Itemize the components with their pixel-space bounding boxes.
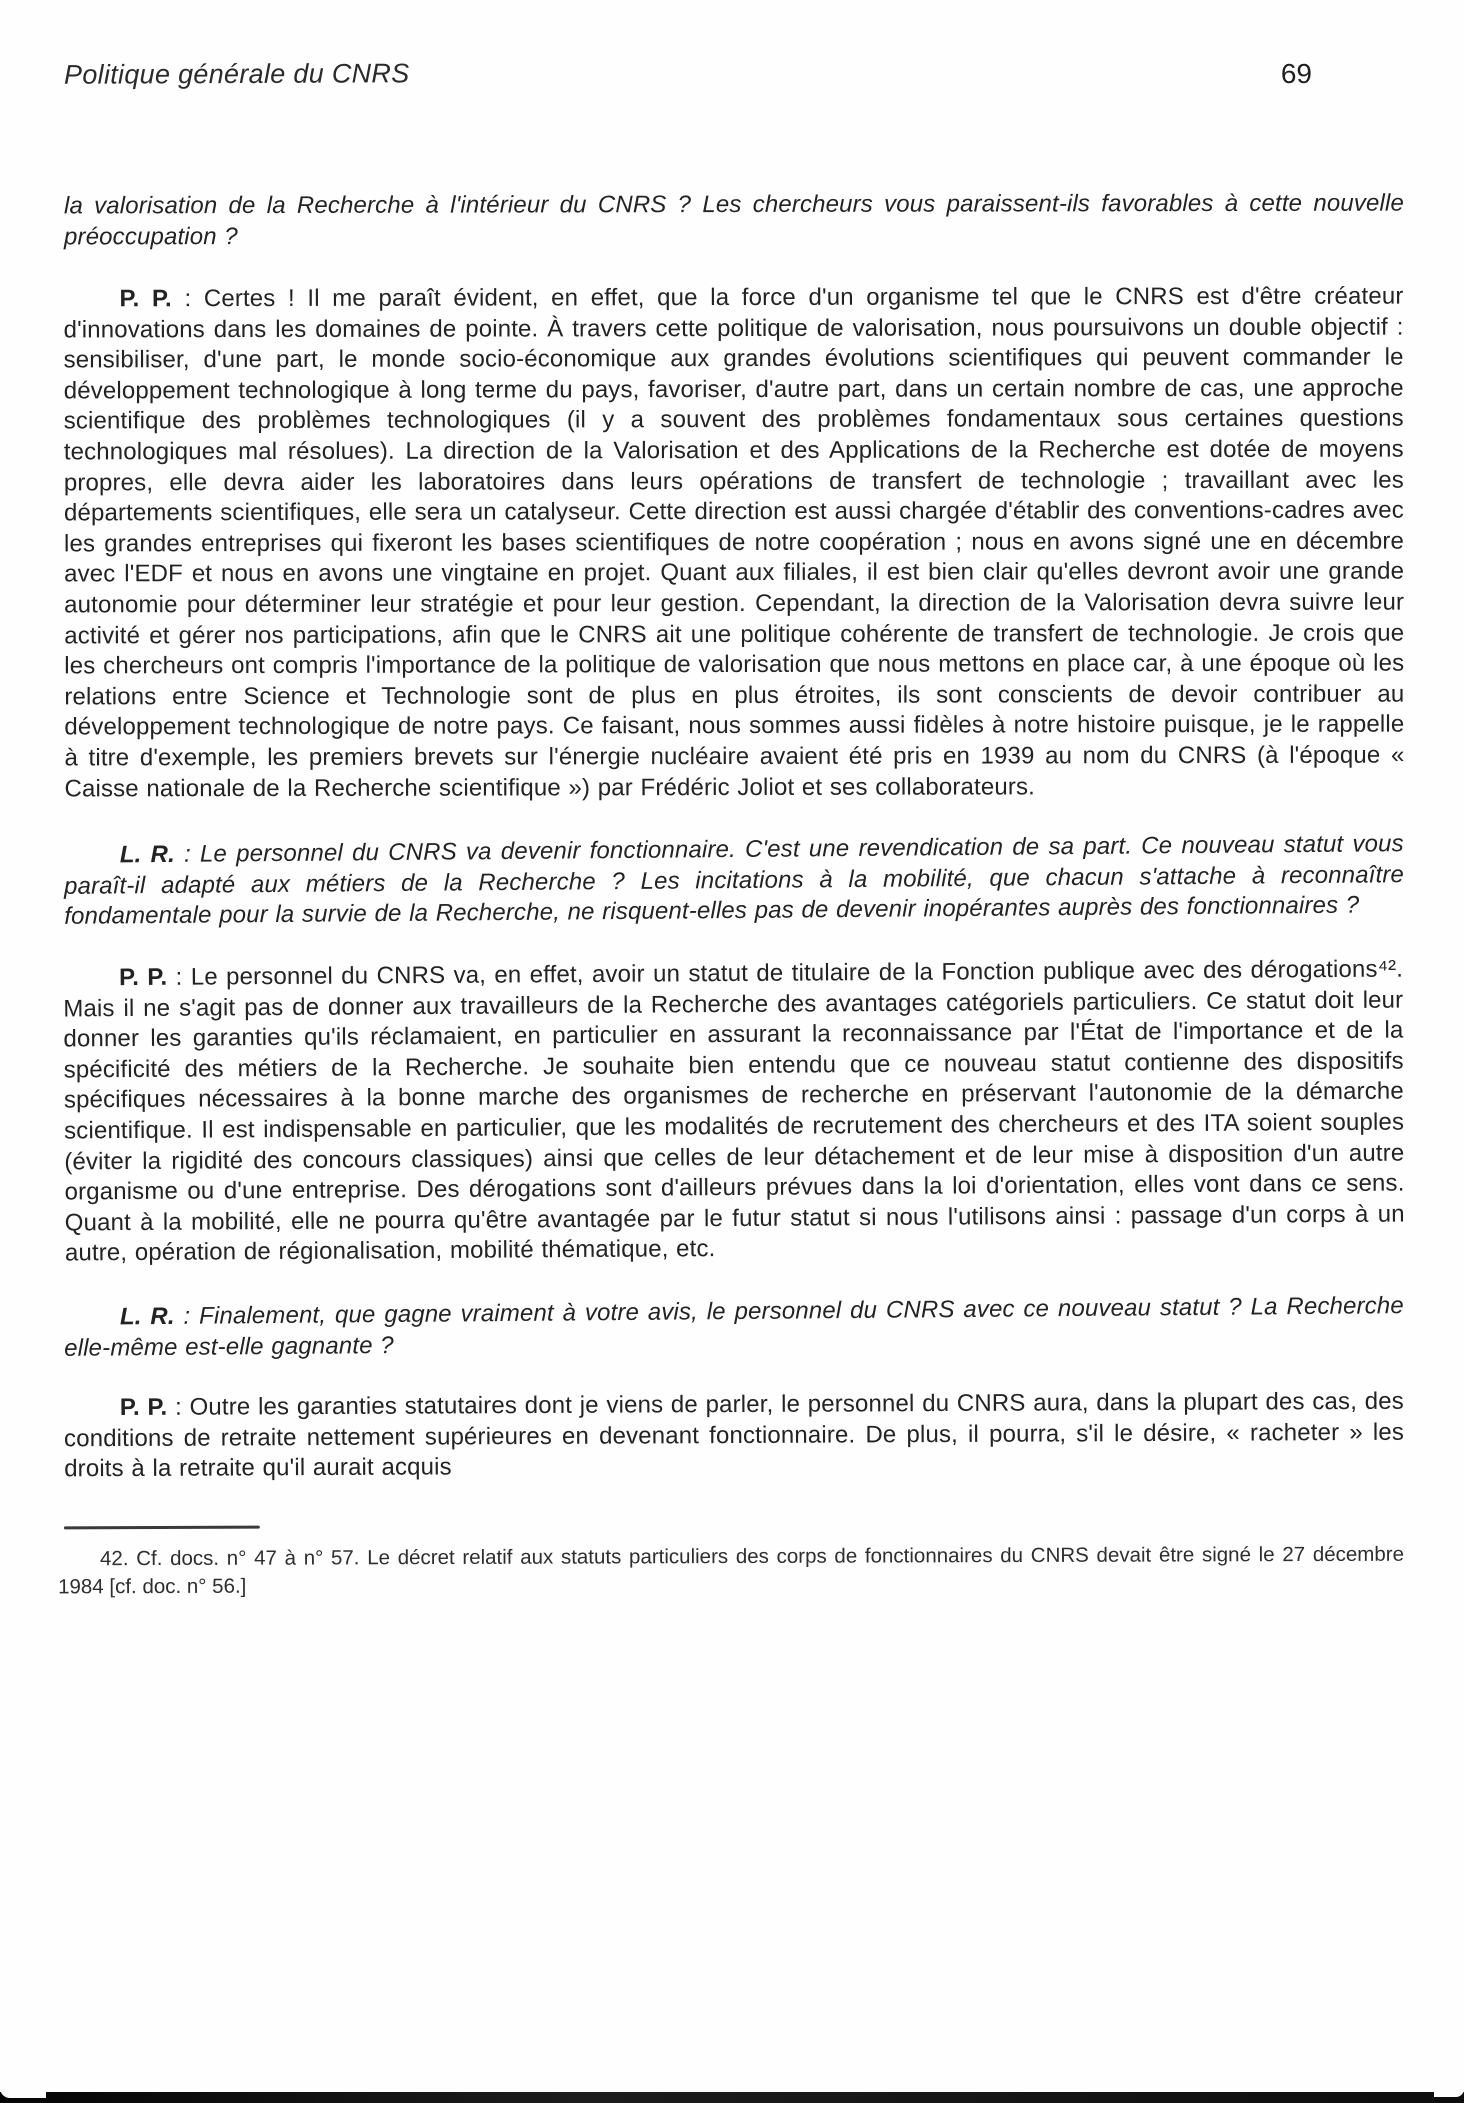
scan-bottom-edge <box>0 2092 1464 2103</box>
speaker-label: P. P. <box>120 1394 168 1421</box>
interview-text: la valorisation de la Recherche à l'inté… <box>64 190 1404 1482</box>
question-text: : Le personnel du CNRS va devenir foncti… <box>64 830 1404 930</box>
speaker-label: L. R. <box>120 1303 175 1330</box>
question-paragraph-continued: la valorisation de la Recherche à l'inté… <box>64 189 1404 253</box>
answer-paragraph: P. P. : Le personnel du CNRS va, en effe… <box>63 955 1405 1270</box>
footnote-block: 42. Cf. docs. n° 47 à n° 57. Le décret r… <box>64 1522 1404 1601</box>
answer-paragraph: P. P. : Outre les garanties statutaires … <box>64 1387 1404 1485</box>
answer-text: : Certes ! Il me paraît évident, en effe… <box>64 283 1405 802</box>
answer-text: : Le personnel du CNRS va, en effet, avo… <box>63 956 1405 1267</box>
scanned-book-page: Politique générale du CNRS 69 la valoris… <box>0 0 1464 2103</box>
question-paragraph: L. R. : Finalement, que gagne vraiment à… <box>64 1291 1404 1364</box>
footnote: 42. Cf. docs. n° 47 à n° 57. Le décret r… <box>58 1541 1404 1601</box>
page-title: Politique générale du CNRS <box>64 58 410 91</box>
speaker-label: P. P. <box>119 964 167 991</box>
answer-text: : Outre les garanties statutaires dont j… <box>64 1388 1404 1483</box>
footnote-divider <box>64 1526 260 1530</box>
question-text: la valorisation de la Recherche à l'inté… <box>64 190 1404 250</box>
running-head: Politique générale du CNRS 69 <box>64 58 1404 90</box>
page-content: Politique générale du CNRS 69 la valoris… <box>0 0 1464 1598</box>
speaker-label: P. P. <box>119 285 171 312</box>
question-text: : Finalement, que gagne vraiment à votre… <box>64 1292 1404 1361</box>
question-paragraph: L. R. : Le personnel du CNRS va devenir … <box>64 829 1405 932</box>
answer-paragraph: P. P. : Certes ! Il me paraît évident, e… <box>63 282 1404 805</box>
speaker-label: L. R. <box>120 841 175 868</box>
page-number: 69 <box>1281 58 1312 90</box>
